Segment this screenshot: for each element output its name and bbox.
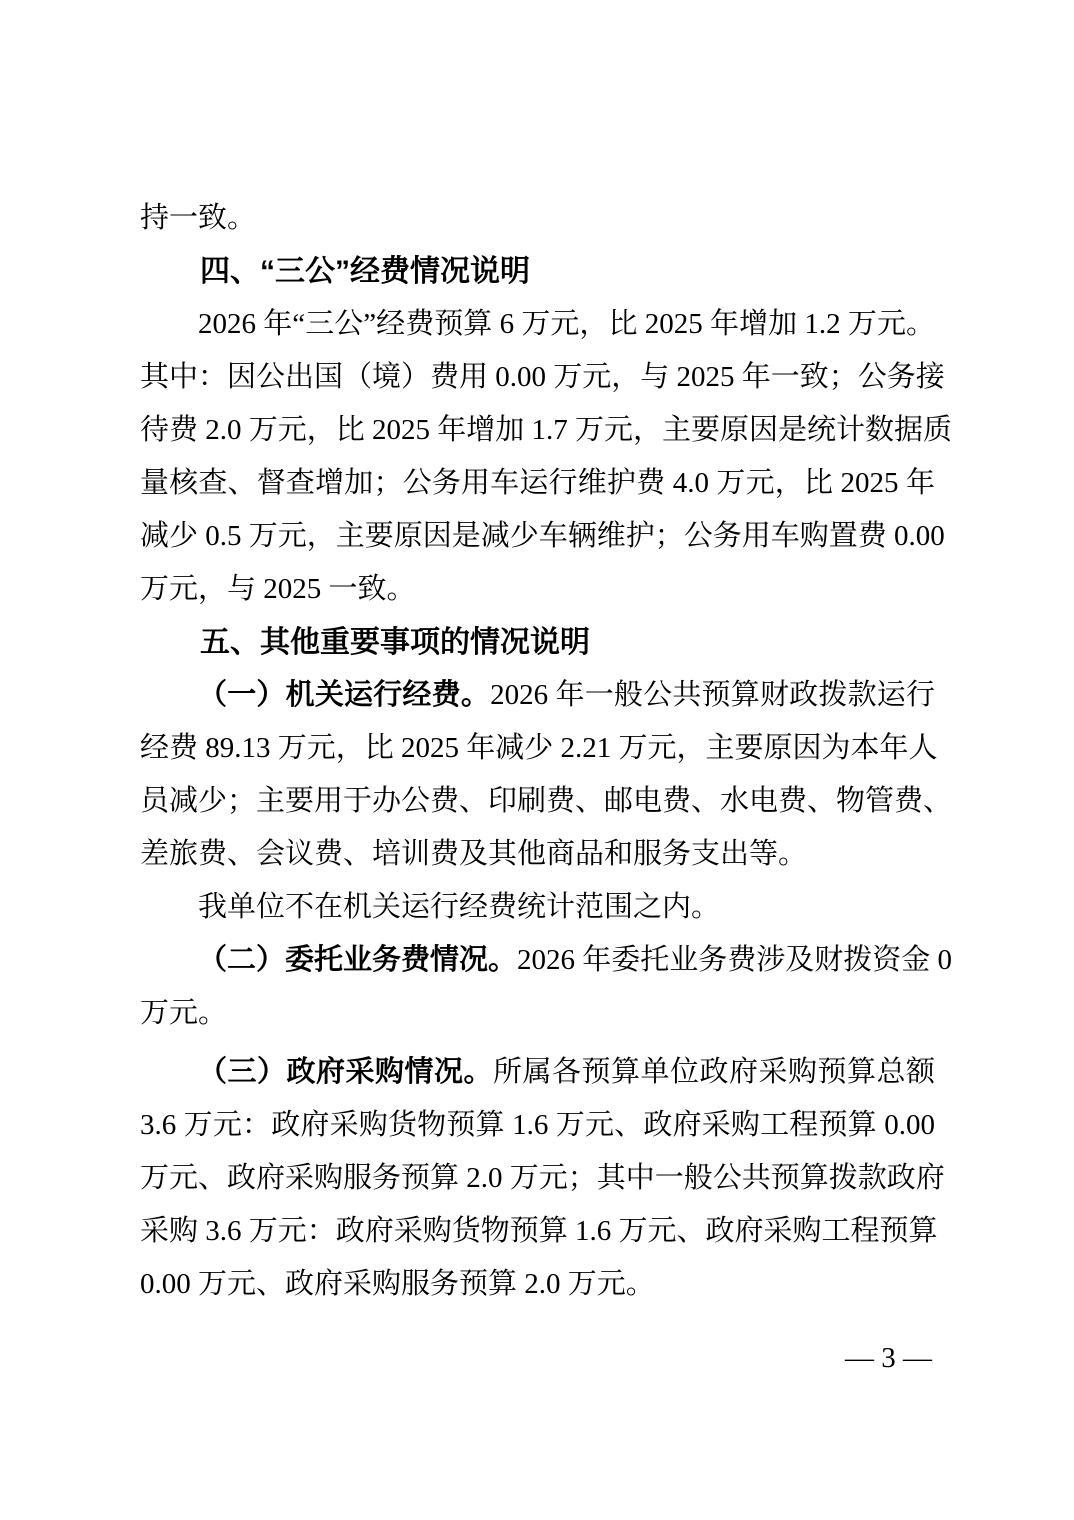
text-line: 2026 年“三公”经费预算 6 万元，比 2025 年增加 1.2 万元。 <box>140 298 935 351</box>
paragraph-lead: （二）委托业务费情况。 <box>198 944 517 976</box>
text-line: 持一致。 <box>140 192 935 245</box>
page: 持一致。四、“三公”经费情况说明2026 年“三公”经费预算 6 万元，比 20… <box>0 0 1074 1520</box>
text-line: 其中：因公出国（境）费用 0.00 万元，与 2025 年一致；公务接 <box>140 351 935 404</box>
text-line: （二）委托业务费情况。2026 年委托业务费涉及财拨资金 0 <box>140 934 935 987</box>
text-line: 我单位不在机关运行经费统计范围之内。 <box>140 881 935 934</box>
document-body: 持一致。四、“三公”经费情况说明2026 年“三公”经费预算 6 万元，比 20… <box>140 192 935 1311</box>
text-line: 采购 3.6 万元：政府采购货物预算 1.6 万元、政府采购工程预算 <box>140 1205 935 1258</box>
text-line: 3.6 万元：政府采购货物预算 1.6 万元、政府采购工程预算 0.00 <box>140 1099 935 1152</box>
text-line: 万元，与 2025 一致。 <box>140 563 935 616</box>
section-heading: 四、“三公”经费情况说明 <box>140 245 935 298</box>
text-line: 0.00 万元、政府采购服务预算 2.0 万元。 <box>140 1258 935 1311</box>
paragraph-lead: （三）政府采购情况。 <box>198 1056 493 1088</box>
text-line: （三）政府采购情况。所属各预算单位政府采购预算总额 <box>140 1046 935 1099</box>
page-number: — 3 — <box>845 1332 932 1385</box>
text-line: （一）机关运行经费。2026 年一般公共预算财政拨款运行 <box>140 669 935 722</box>
text-line: 差旅费、会议费、培训费及其他商品和服务支出等。 <box>140 828 935 881</box>
text-line: 经费 89.13 万元，比 2025 年减少 2.21 万元，主要原因为本年人 <box>140 722 935 775</box>
paragraph-lead: （一）机关运行经费。 <box>198 679 490 711</box>
text-line: 量核查、督查增加；公务用车运行维护费 4.0 万元，比 2025 年 <box>140 457 935 510</box>
text-line: 万元。 <box>140 987 935 1040</box>
text-line: 待费 2.0 万元，比 2025 年增加 1.7 万元，主要原因是统计数据质 <box>140 404 935 457</box>
section-heading: 五、其他重要事项的情况说明 <box>140 616 935 669</box>
text-line: 减少 0.5 万元，主要原因是减少车辆维护；公务用车购置费 0.00 <box>140 510 935 563</box>
text-line: 万元、政府采购服务预算 2.0 万元；其中一般公共预算拨款政府 <box>140 1152 935 1205</box>
text-line: 员减少；主要用于办公费、印刷费、邮电费、水电费、物管费、 <box>140 775 935 828</box>
